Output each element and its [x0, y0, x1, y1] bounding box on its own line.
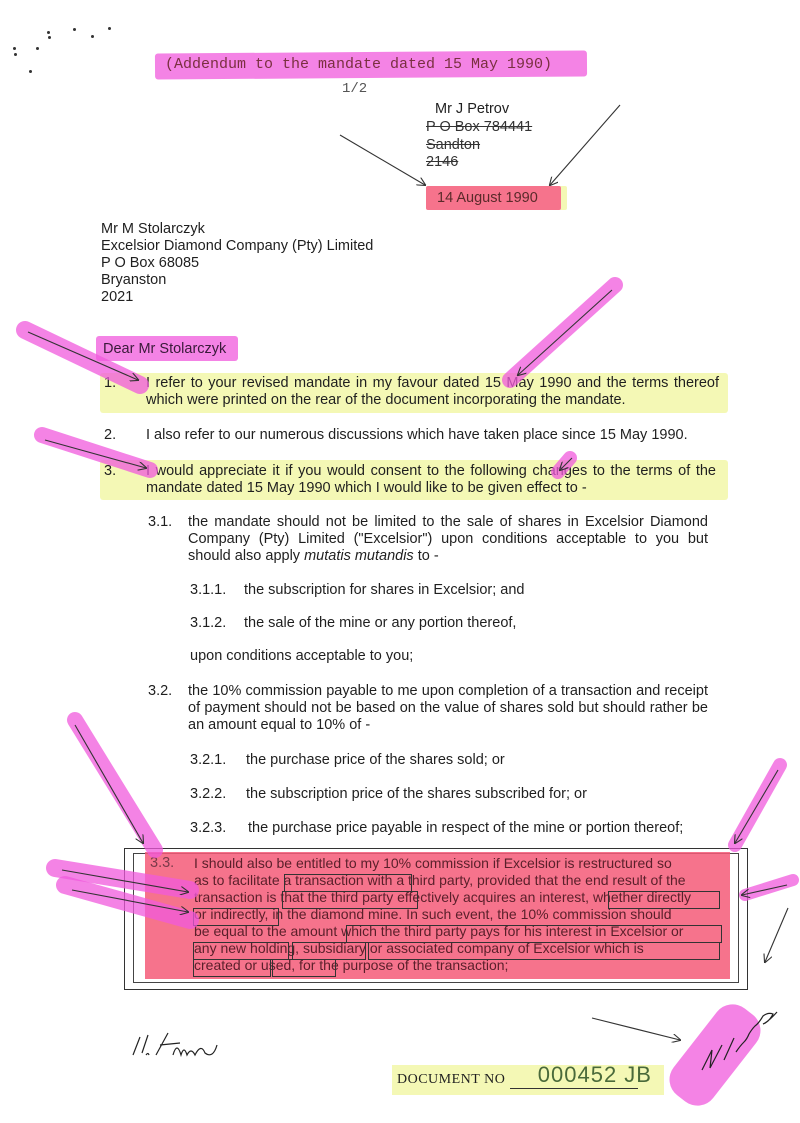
letter-date: 14 August 1990: [437, 190, 538, 207]
clause-text-part: the mandate should not be limited to the…: [188, 514, 708, 564]
clause-text: the 10% commission payable to me upon co…: [188, 683, 708, 734]
clause-3-2: 3.2. the 10% commission payable to me up…: [148, 683, 708, 734]
paragraph-2: 2. I also refer to our numerous discussi…: [104, 427, 724, 444]
recipient-line: Excelsior Diamond Company (Pty) Limited: [101, 238, 373, 255]
paragraph-number: 2.: [104, 427, 116, 443]
document-no-underline: 000452 JB: [510, 1070, 638, 1089]
paragraph-text: I refer to your revised mandate in my fa…: [146, 375, 719, 409]
clause-3-1: 3.1. the mandate should not be limited t…: [148, 514, 708, 565]
clause-text-italic: mutatis mutandis: [304, 548, 414, 564]
document-number: DOCUMENT NO 000452 JB: [397, 1070, 638, 1089]
recipient-line: Mr M Stolarczyk: [101, 221, 373, 238]
clause-3-3-line: as to facilitate a transaction with a th…: [194, 872, 720, 889]
clause-3-2-3-number: 3.2.3.: [190, 820, 226, 837]
clause-3-3-line: I should also be entitled to my 10% comm…: [194, 855, 720, 872]
clause-3-1-1-text: the subscription for shares in Excelsior…: [244, 582, 524, 599]
paragraph-number: 1.: [104, 375, 116, 391]
clause-text-part: to -: [414, 548, 439, 564]
recipient-line: P O Box 68085: [101, 255, 373, 272]
clause-3-2-2-number: 3.2.2.: [190, 786, 226, 803]
document-no-label: DOCUMENT NO: [397, 1072, 505, 1087]
paragraph-text: I also refer to our numerous discussions…: [146, 427, 724, 444]
paragraph-3: 3. I would appreciate it if you would co…: [104, 463, 716, 497]
recipient-line: 2021: [101, 289, 373, 306]
sender-name: Mr J Petrov: [435, 101, 509, 118]
clause-number: 3.3.: [150, 855, 174, 871]
sender-struck-line-3: 2146: [426, 154, 458, 171]
document-no-value: 000452 JB: [538, 1062, 652, 1088]
clause-number: 3.1.: [148, 514, 172, 530]
clause-3-2-1-text: the purchase price of the shares sold; o…: [246, 752, 505, 769]
sender-struck-line-1: P O Box 784441: [426, 119, 532, 136]
sender-struck-line-2: Sandton: [426, 137, 480, 154]
paragraph-1: 1. I refer to your revised mandate in my…: [104, 375, 719, 409]
addendum-title: (Addendum to the mandate dated 15 May 19…: [165, 56, 552, 73]
clause-3-1-2-number: 3.1.2.: [190, 615, 226, 632]
recipient-address: Mr M Stolarczyk Excelsior Diamond Compan…: [101, 221, 373, 306]
clause-number: 3.2.: [148, 683, 172, 699]
clause-3-1-1-number: 3.1.1.: [190, 582, 226, 599]
clause-text: the mandate should not be limited to the…: [188, 514, 708, 565]
salutation: Dear Mr Stolarczyk: [103, 341, 226, 358]
signature-stolarczyk: [690, 990, 790, 1080]
page-indicator: 1/2: [342, 81, 367, 97]
clause-3-2-1-number: 3.2.1.: [190, 752, 226, 769]
paragraph-text: I would appreciate it if you would conse…: [146, 463, 716, 497]
clause-3-1-2-text: the sale of the mine or any portion ther…: [244, 615, 516, 632]
clause-3-2-2-text: the subscription price of the shares sub…: [246, 786, 587, 803]
clause-3-1-closing: upon conditions acceptable to you;: [190, 648, 413, 665]
signature-petrov: [128, 1025, 268, 1065]
paragraph-number: 3.: [104, 463, 116, 479]
clause-3-2-3-text: the purchase price payable in respect of…: [248, 820, 683, 837]
recipient-line: Bryanston: [101, 272, 373, 289]
